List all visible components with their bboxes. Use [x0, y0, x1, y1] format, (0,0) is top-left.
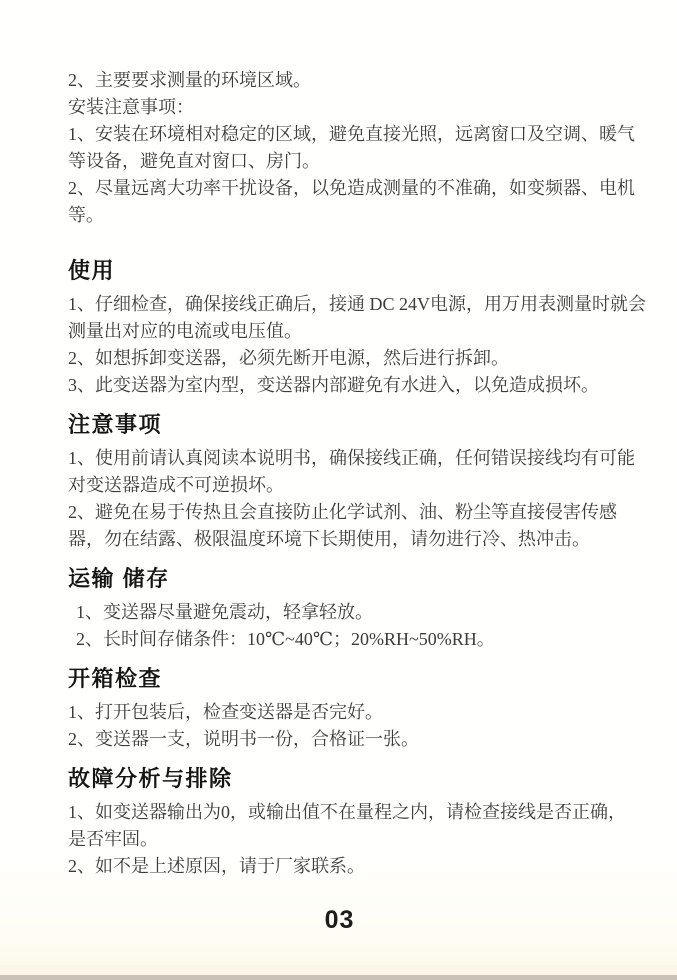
paragraph-line: 器，勿在结露、极限温度环境下长期使用，请勿进行冷、热冲击。: [68, 526, 639, 553]
section-precautions: 注意事项1、使用前请认真阅读本说明书，确保接线正确，任何错误接线均有可能对变送器…: [68, 410, 639, 553]
section-troubleshooting: 故障分析与排除1、如变送器输出为0，或输出值不在量程之内，请检查接线是否正确，是…: [68, 764, 639, 880]
paragraph-line: 是否牢固。: [68, 826, 639, 853]
section-unboxing: 开箱检查1、打开包装后，检查变送器是否完好。2、变送器一支，说明书一份，合格证一…: [68, 664, 639, 753]
paragraph-line: 对变送器造成不可逆损坏。: [68, 472, 639, 499]
paragraph-line: 等。: [68, 202, 639, 229]
section-title: 运输 储存: [68, 564, 639, 594]
paragraph-line: 1、使用前请认真阅读本说明书，确保接线正确，任何错误接线均有可能: [68, 445, 639, 472]
sections: 使用1、仔细检查，确保接线正确后，接通 DC 24V电源，用万用表测量时就会测量…: [68, 256, 639, 880]
section-title: 使用: [68, 256, 639, 286]
paragraph-line: 2、变送器一支，说明书一份，合格证一张。: [68, 726, 639, 753]
section-title: 故障分析与排除: [68, 764, 639, 794]
paragraph-line: 2、避免在易于传热且会直接防止化学试剂、油、粉尘等直接侵害传感: [68, 499, 639, 526]
paragraph-line: 1、打开包装后，检查变送器是否完好。: [68, 699, 639, 726]
paragraph-line: 2、如不是上述原因，请于厂家联系。: [68, 853, 639, 880]
paragraph-line: 等设备，避免直对窗口、房门。: [68, 148, 639, 175]
page-number: 03: [40, 906, 639, 935]
paragraph-line: 安装注意事项：: [68, 94, 639, 121]
section-transport-storage: 运输 储存1、变送器尽量避免震动，轻拿轻放。2、长时间存储条件：10℃~40℃；…: [68, 564, 639, 653]
paragraph-line: 2、如想拆卸变送器，必须先断开电源，然后进行拆卸。: [68, 345, 639, 372]
paragraph-line: 3、此变送器为室内型，变送器内部避免有水进入，以免造成损坏。: [68, 372, 639, 399]
paragraph-line: 2、尽量远离大功率干扰设备，以免造成测量的不准确，如变频器、电机: [68, 175, 639, 202]
manual-page: 2、主要要求测量的环境区域。安装注意事项：1、安装在环境相对稳定的区域，避免直接…: [0, 0, 677, 980]
page-content: 2、主要要求测量的环境区域。安装注意事项：1、安装在环境相对稳定的区域，避免直接…: [0, 0, 677, 935]
page-bottom-cream-band: [0, 965, 677, 975]
paragraph-line: 1、变送器尽量避免震动，轻拿轻放。: [68, 599, 639, 626]
paragraph-line: 1、仔细检查，确保接线正确后，接通 DC 24V电源，用万用表测量时就会: [68, 291, 639, 318]
intro-block: 2、主要要求测量的环境区域。安装注意事项：1、安装在环境相对稳定的区域，避免直接…: [68, 67, 639, 229]
paragraph-line: 1、安装在环境相对稳定的区域，避免直接光照，远离窗口及空调、暖气: [68, 121, 639, 148]
section-title: 注意事项: [68, 410, 639, 440]
section-title: 开箱检查: [68, 664, 639, 694]
page-bottom-edge: [0, 975, 677, 980]
paragraph-line: 1、如变送器输出为0，或输出值不在量程之内，请检查接线是否正确，: [68, 799, 639, 826]
paragraph-line: 测量出对应的电流或电压值。: [68, 318, 639, 345]
paragraph-line: 2、主要要求测量的环境区域。: [68, 67, 639, 94]
section-usage: 使用1、仔细检查，确保接线正确后，接通 DC 24V电源，用万用表测量时就会测量…: [68, 256, 639, 399]
paragraph-line: 2、长时间存储条件：10℃~40℃；20%RH~50%RH。: [68, 626, 639, 653]
